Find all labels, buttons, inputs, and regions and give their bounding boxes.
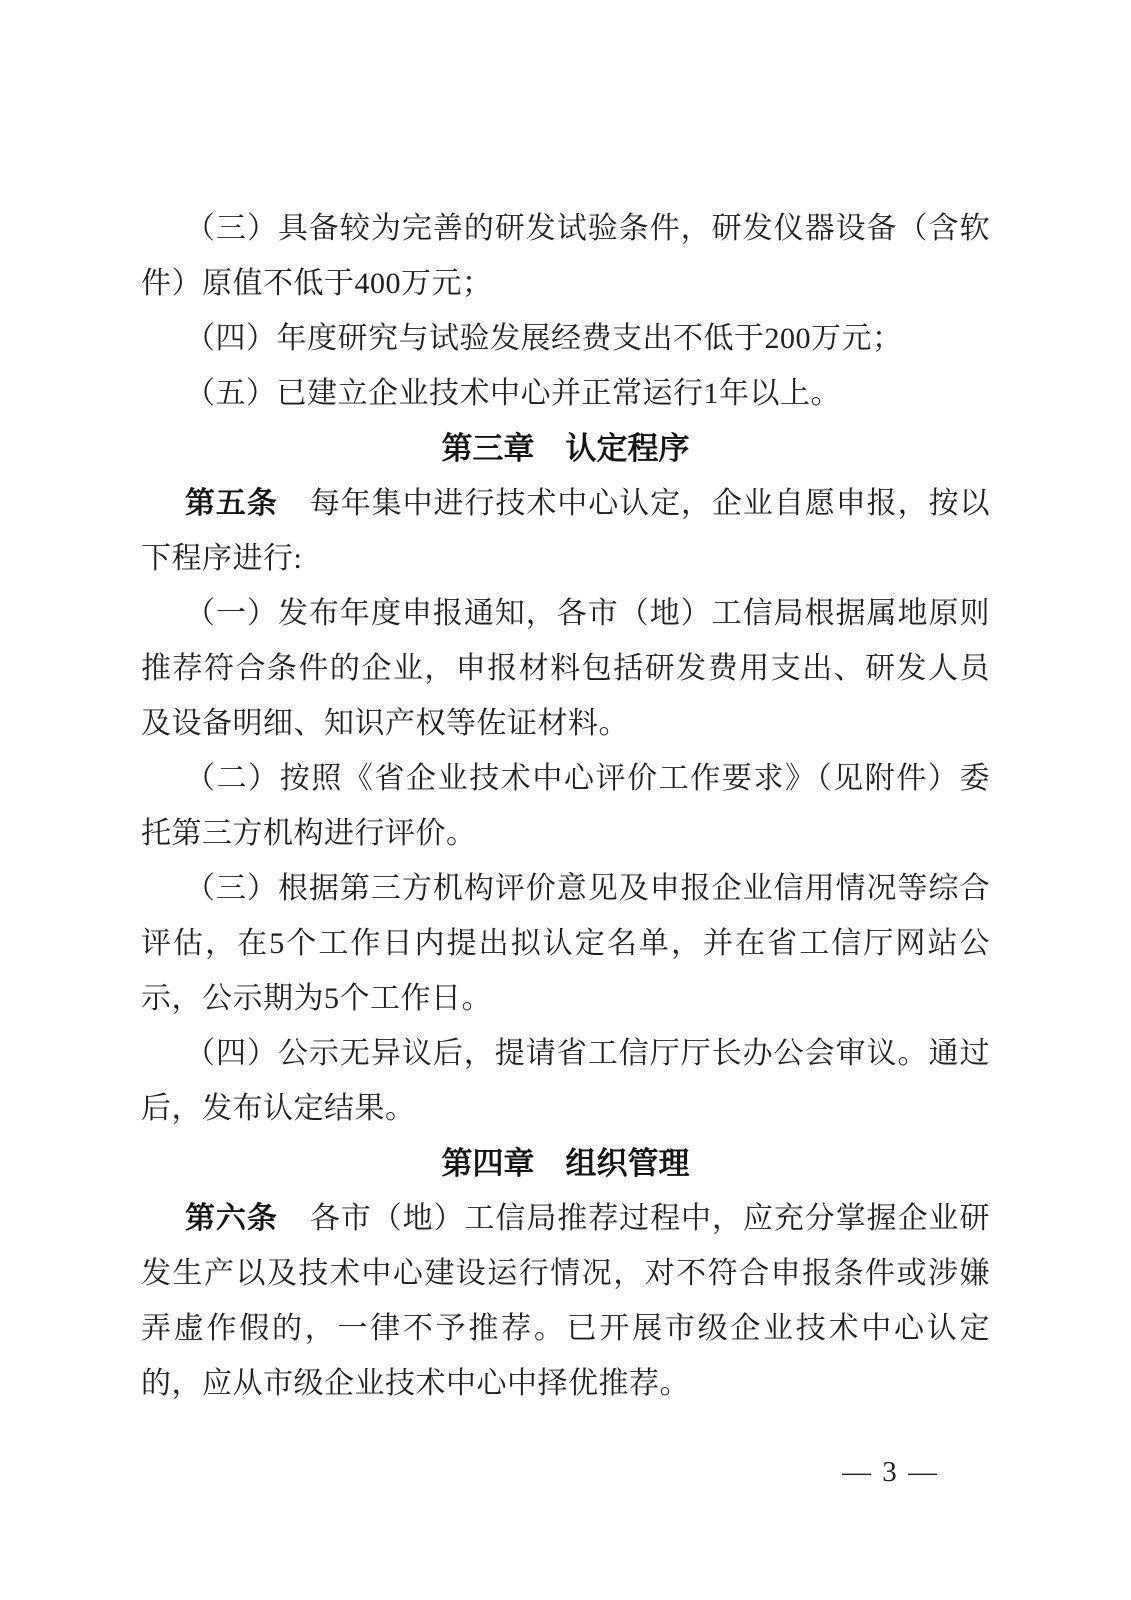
paragraph-step-1: （一）发布年度申报通知，各市（地）工信局根据属地原则推荐符合条件的企业，申报材料…	[141, 586, 990, 751]
paragraph-step-4: （四）公示无异议后，提请省工信厅厅长办公会审议。通过后，发布认定结果。	[141, 1026, 990, 1136]
paragraph-step-3: （三）根据第三方机构评价意见及申报企业信用情况等综合评估，在5个工作日内提出拟认…	[141, 861, 990, 1026]
document-body: （三）具备较为完善的研发试验条件，研发仪器设备（含软件）原值不低于400万元； …	[141, 201, 990, 1411]
document-page: （三）具备较为完善的研发试验条件，研发仪器设备（含软件）原值不低于400万元； …	[0, 0, 1131, 1600]
chapter-3-heading: 第三章 认定程序	[141, 421, 990, 476]
paragraph-article-5: 第五条每年集中进行技术中心认定，企业自愿申报，按以下程序进行:	[141, 476, 990, 586]
paragraph-condition-3: （三）具备较为完善的研发试验条件，研发仪器设备（含软件）原值不低于400万元；	[141, 201, 990, 311]
page-footer: — 3 —	[842, 1452, 939, 1492]
article-5-number: 第五条	[185, 487, 278, 520]
page-number: — 3 —	[842, 1456, 939, 1488]
paragraph-condition-4: （四）年度研究与试验发展经费支出不低于200万元；	[141, 311, 990, 366]
paragraph-condition-5: （五）已建立企业技术中心并正常运行1年以上。	[141, 366, 990, 421]
paragraph-article-6: 第六条各市（地）工信局推荐过程中，应充分掌握企业研发生产以及技术中心建设运行情况…	[141, 1191, 990, 1411]
paragraph-step-2: （二）按照《省企业技术中心评价工作要求》（见附件）委托第三方机构进行评价。	[141, 751, 990, 861]
chapter-4-heading: 第四章 组织管理	[141, 1136, 990, 1191]
article-6-number: 第六条	[185, 1202, 278, 1235]
